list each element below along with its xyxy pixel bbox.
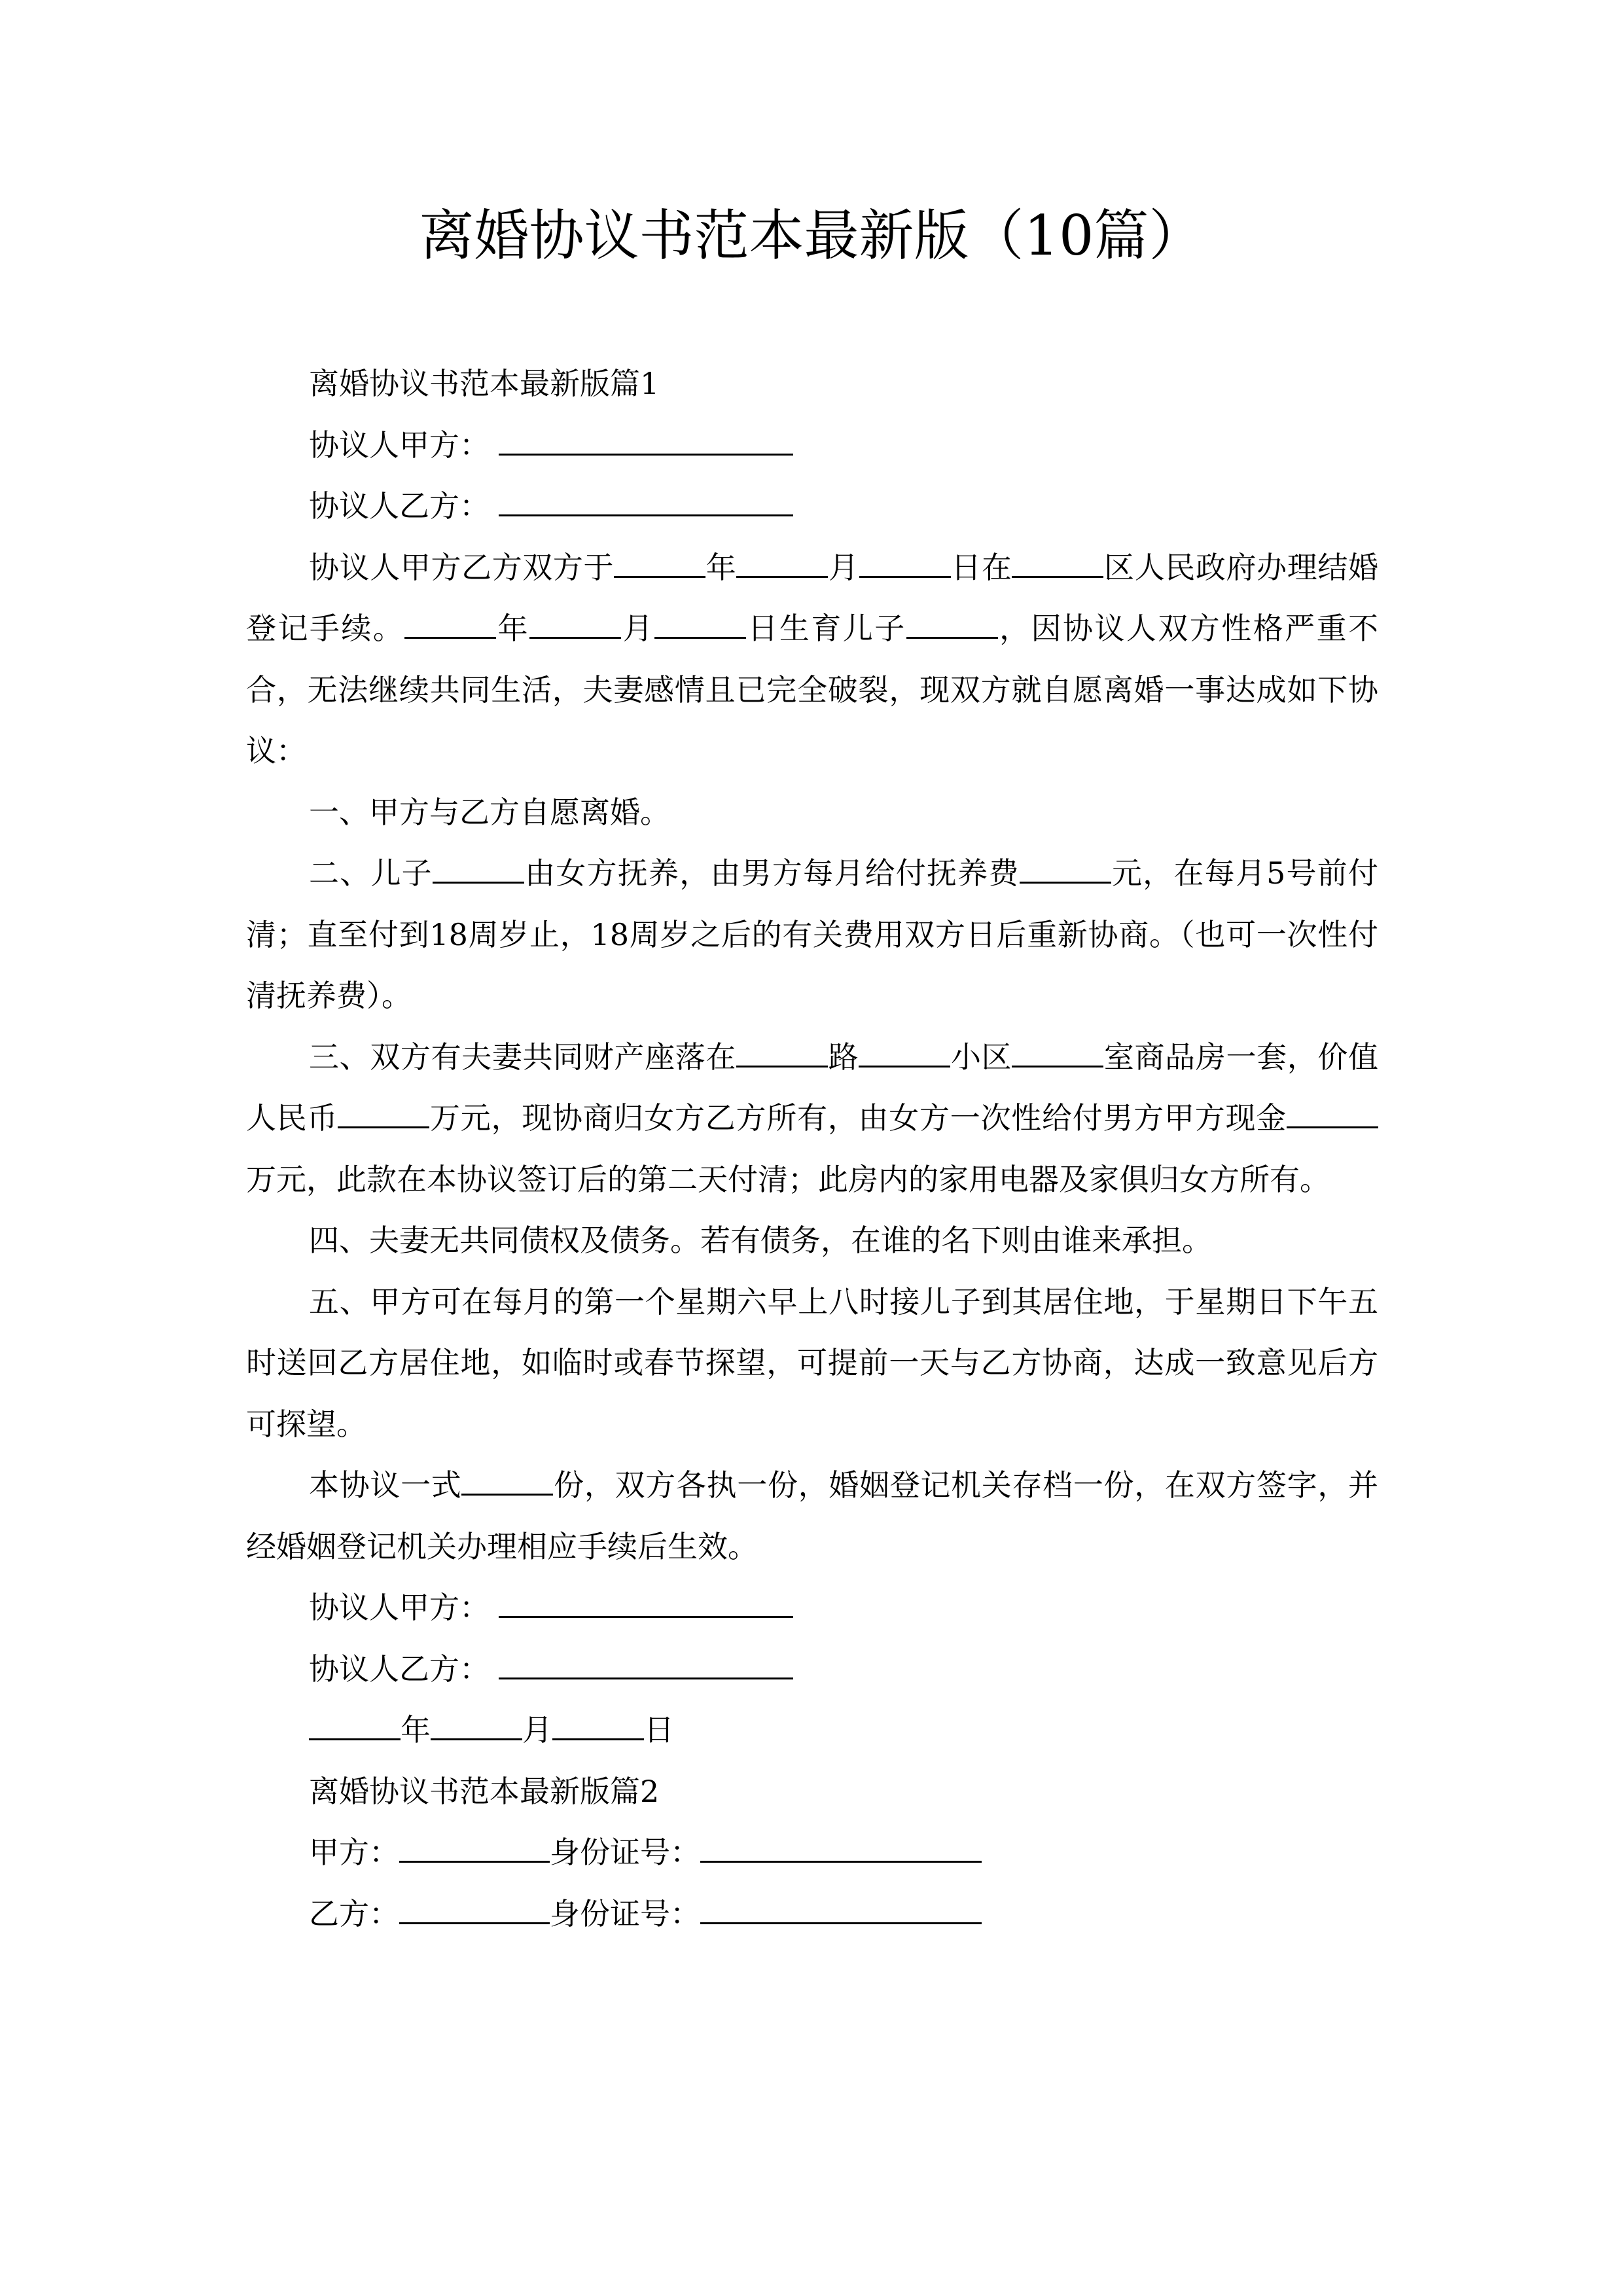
month-label: 月 <box>522 1712 552 1748</box>
sign-month-blank[interactable] <box>431 1712 522 1740</box>
party-a-label: 协议人甲方： <box>309 415 490 476</box>
text: 万元，此款在本协议签订后的第二天付清；此房内的家用电器及家俱归女方所有。 <box>246 1162 1330 1197</box>
day-label: 日 <box>644 1712 674 1748</box>
party-b-id-blank[interactable] <box>700 1895 982 1924</box>
party-a-name-blank[interactable] <box>399 1834 550 1863</box>
text: 路 <box>828 1039 859 1075</box>
section2-party-b-line: 乙方：身份证号： <box>246 1884 1378 1945</box>
text: 二、儿子 <box>309 855 433 891</box>
party-b-label: 乙方： <box>309 1896 399 1931</box>
district-blank[interactable] <box>1012 548 1103 577</box>
sign-day-blank[interactable] <box>552 1712 644 1740</box>
text: 月 <box>828 550 859 585</box>
room-blank[interactable] <box>1012 1038 1103 1067</box>
intro-paragraph: 协议人甲方乙方双方于年月日在区人民政府办理结婚登记手续。年月日生育儿子，因协议人… <box>246 537 1378 782</box>
birth-month-blank[interactable] <box>529 610 621 639</box>
sign-party-b-label: 协议人乙方： <box>309 1639 490 1700</box>
marriage-month-blank[interactable] <box>736 548 828 577</box>
text: 三、双方有夫妻共同财产座落在 <box>309 1039 736 1075</box>
text: 协议人甲方乙方双方于 <box>309 550 614 585</box>
marriage-year-blank[interactable] <box>614 548 705 577</box>
text: 万元，现协商归女方乙方所有，由女方一次性给付男方甲方现金 <box>429 1100 1287 1136</box>
party-a-label: 甲方： <box>309 1835 399 1870</box>
sign-party-a-blank[interactable] <box>499 1589 793 1618</box>
sign-party-b-blank[interactable] <box>499 1650 793 1679</box>
text: 由女方抚养，由男方每月给付抚养费 <box>524 855 1020 891</box>
marriage-day-blank[interactable] <box>859 548 951 577</box>
party-b-name-blank[interactable] <box>399 1895 550 1924</box>
text: 小区 <box>950 1039 1012 1075</box>
section2-party-a-line: 甲方：身份证号： <box>246 1822 1378 1884</box>
text: 日生育儿子 <box>746 611 906 646</box>
text: 年 <box>705 550 736 585</box>
birth-day-blank[interactable] <box>654 610 746 639</box>
section-heading-2: 离婚协议书范本最新版篇2 <box>246 1761 1378 1823</box>
section-heading-1: 离婚协议书范本最新版篇1 <box>246 353 1378 415</box>
text: 本协议一式 <box>309 1467 461 1503</box>
sign-date-line: 年月日 <box>246 1700 1378 1761</box>
party-a-line: 协议人甲方： <box>246 415 1378 476</box>
cash-amount-blank[interactable] <box>1287 1100 1378 1128</box>
road-blank[interactable] <box>736 1038 828 1067</box>
clause-1: 一、甲方与乙方自愿离婚。 <box>246 782 1378 844</box>
clause-2: 二、儿子由女方抚养，由男方每月给付抚养费元，在每月5号前付清；直至付到18周岁止… <box>246 843 1378 1027</box>
copies-paragraph: 本协议一式份，双方各执一份，婚姻登记机关存档一份，在双方签字，并经婚姻登记机关办… <box>246 1455 1378 1577</box>
text: 月 <box>621 611 654 646</box>
sign-party-a-line: 协议人甲方： <box>246 1577 1378 1639</box>
party-b-blank[interactable] <box>499 488 793 516</box>
sign-party-b-line: 协议人乙方： <box>246 1639 1378 1700</box>
document-title: 离婚协议书范本最新版（10篇） <box>0 196 1623 275</box>
document-body: 离婚协议书范本最新版篇1 协议人甲方： 协议人乙方： 协议人甲方乙方双方于年月日… <box>246 353 1378 1945</box>
id-label: 身份证号： <box>550 1896 700 1931</box>
party-b-label: 协议人乙方： <box>309 476 490 537</box>
year-label: 年 <box>401 1712 431 1748</box>
son-name-blank[interactable] <box>906 610 998 639</box>
copies-count-blank[interactable] <box>461 1467 553 1496</box>
birth-year-blank[interactable] <box>404 610 496 639</box>
clause-4: 四、夫妻无共同债权及债务。若有债务，在谁的名下则由谁来承担。 <box>246 1210 1378 1272</box>
text: 年 <box>496 611 529 646</box>
community-blank[interactable] <box>859 1038 950 1067</box>
id-label: 身份证号： <box>550 1835 700 1870</box>
clause-3: 三、双方有夫妻共同财产座落在路小区室商品房一套，价值人民币万元，现协商归女方乙方… <box>246 1027 1378 1211</box>
text: 日在 <box>951 550 1012 585</box>
sign-party-a-label: 协议人甲方： <box>309 1577 490 1639</box>
party-a-blank[interactable] <box>499 426 793 455</box>
party-b-line: 协议人乙方： <box>246 476 1378 537</box>
support-amount-blank[interactable] <box>1020 855 1111 884</box>
son-name-blank-2[interactable] <box>433 855 524 884</box>
sign-year-blank[interactable] <box>309 1712 401 1740</box>
clause-5: 五、甲方可在每月的第一个星期六早上八时接儿子到其居住地，于星期日下午五时送回乙方… <box>246 1272 1378 1456</box>
party-a-id-blank[interactable] <box>700 1834 982 1863</box>
document-page: 离婚协议书范本最新版（10篇） 离婚协议书范本最新版篇1 协议人甲方： 协议人乙… <box>0 0 1623 2296</box>
property-value-blank[interactable] <box>338 1100 429 1128</box>
